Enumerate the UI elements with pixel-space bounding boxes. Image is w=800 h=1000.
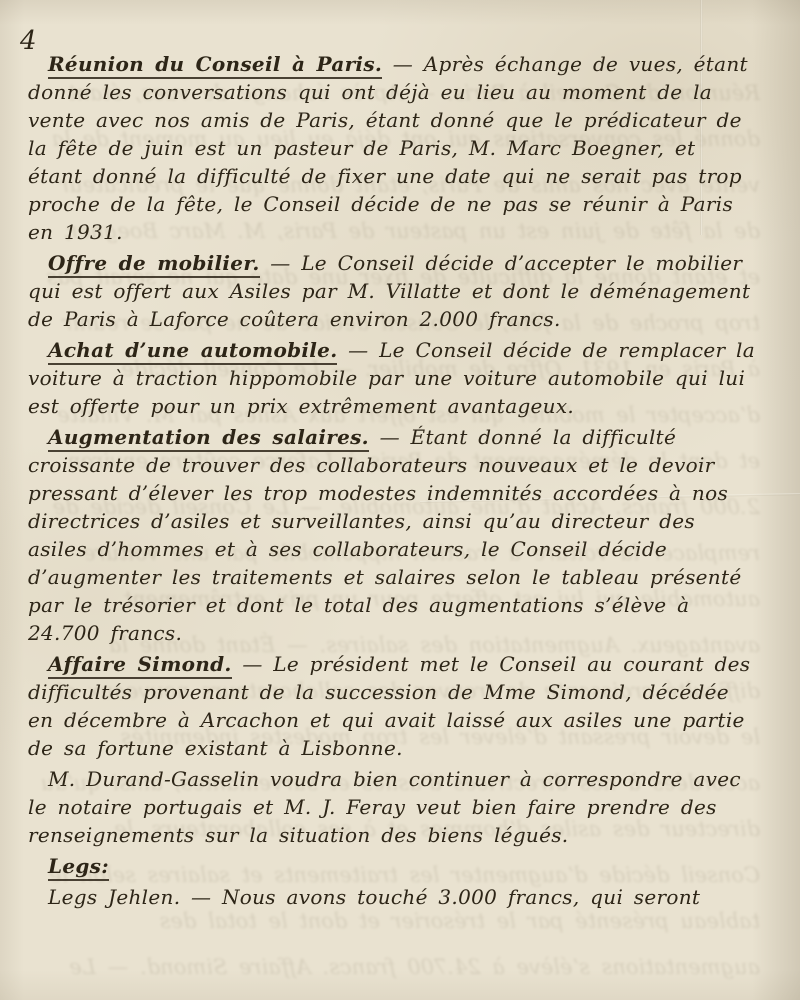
- paragraph-text: M. Durand-Gasselin voudra bien continuer…: [28, 767, 741, 847]
- section-heading: Augmentation des salaires.: [48, 425, 369, 452]
- paragraph-text: — Étant donné la difficulté croissante d…: [28, 425, 741, 645]
- section-heading: Achat d’une automobile.: [48, 338, 337, 365]
- paragraph-legs-jehlen: Legs Jehlen. — Nous avons touché 3.000 f…: [28, 883, 760, 911]
- section-heading: Affaire Simond.: [48, 652, 232, 679]
- document-page: Réunion du Conseil à Paris. — Après écha…: [0, 0, 800, 1000]
- paragraph-durand-gasselin: M. Durand-Gasselin voudra bien continuer…: [28, 765, 760, 849]
- section-heading: Offre de mobilier.: [48, 251, 260, 278]
- paragraph-legs-heading: Legs:: [28, 852, 760, 880]
- paragraph-augmentation-salaires: Augmentation des salaires. — Étant donné…: [28, 423, 760, 647]
- paragraph-reunion-conseil: Réunion du Conseil à Paris. — Après écha…: [28, 50, 760, 246]
- paragraph-offre-mobilier: Offre de mobilier. — Le Conseil décide d…: [28, 249, 760, 333]
- paragraph-achat-automobile: Achat d’une automobile. — Le Conseil déc…: [28, 336, 760, 420]
- section-heading: Legs:: [48, 854, 109, 881]
- section-heading: Réunion du Conseil à Paris.: [48, 52, 382, 79]
- page-content: Réunion du Conseil à Paris. — Après écha…: [0, 50, 800, 914]
- paragraph-text: Legs Jehlen. — Nous avons touché 3.000 f…: [48, 885, 700, 909]
- paragraph-text: — Après échange de vues, étant donné les…: [28, 52, 748, 244]
- paragraph-affaire-simond: Affaire Simond. — Le président met le Co…: [28, 650, 760, 762]
